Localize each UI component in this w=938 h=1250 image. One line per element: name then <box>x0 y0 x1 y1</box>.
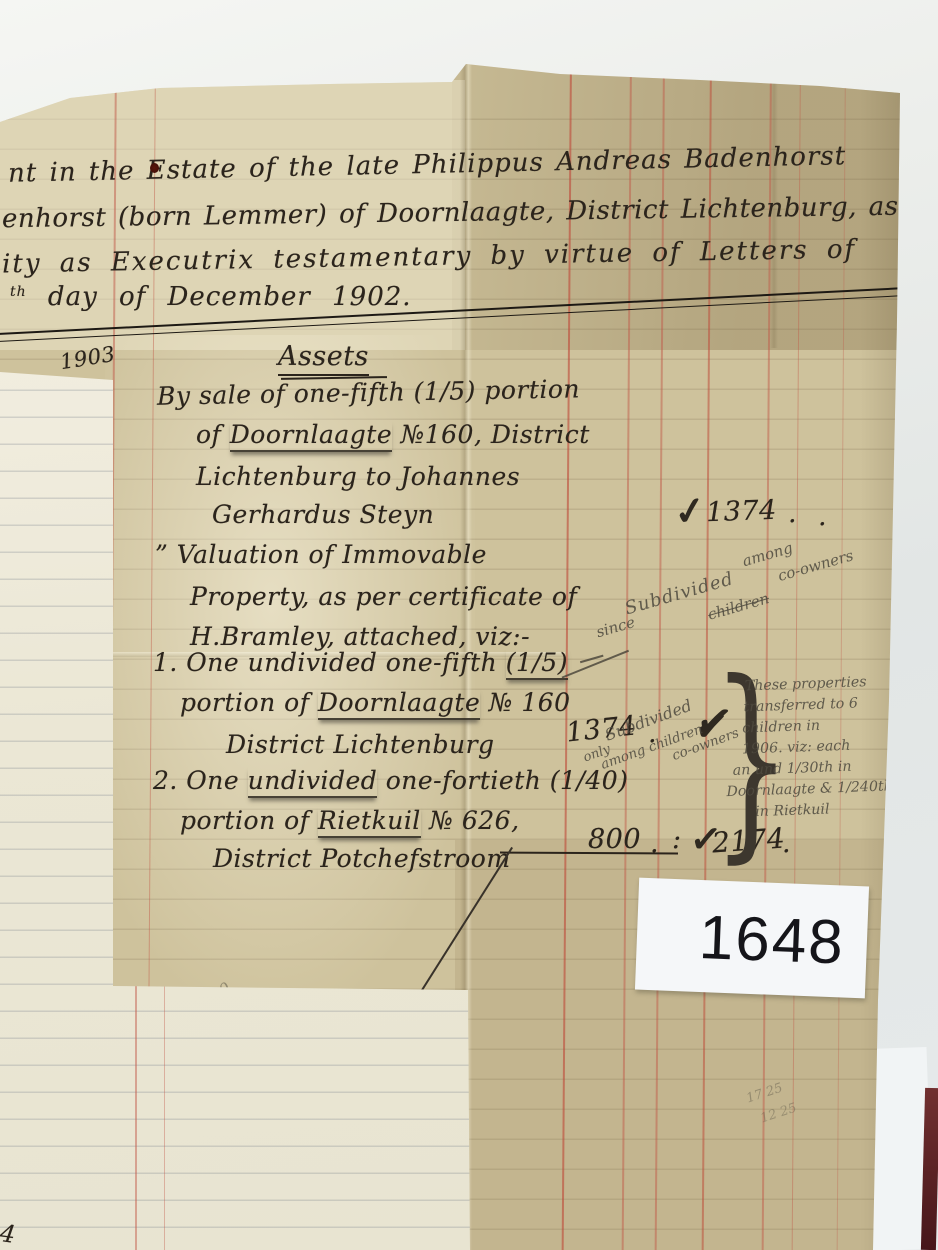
entry-item-1b: portion of Doornlaagte № 160 <box>180 688 571 717</box>
entry-valuation-1: ” Valuation of Immovable <box>155 540 487 569</box>
archive-label: 1648 <box>635 878 869 999</box>
document-photo: nt in the Estate of the late Philippus A… <box>0 0 938 1250</box>
entry-valuation-3: H.Bramley, attached, viz:- <box>190 622 530 651</box>
header-line-4: th day of December 1902. <box>10 282 412 312</box>
entry-item-2: 2. One undivided one-fortieth (1/40) <box>153 766 628 795</box>
entry-item-1c: District Lichtenburg <box>226 730 495 759</box>
check-icon: ✓ <box>671 486 709 535</box>
archive-label-number: 1648 <box>698 902 847 979</box>
margin-transfer-note: These properties transferred to 6 childr… <box>733 671 893 823</box>
entry-sale-3: Lichtenburg to Johannes <box>196 462 520 491</box>
ink-blot <box>150 163 159 173</box>
amount-colon: : <box>672 824 682 855</box>
amount-dot: . <box>818 501 827 532</box>
amount-dot: . <box>650 828 659 859</box>
assets-heading: Assets <box>278 341 369 376</box>
entry-sale-2: of Doornlaagte №160, District <box>196 420 590 449</box>
entry-item-1: 1. One undivided one-fifth (1/5) <box>153 648 568 677</box>
entry-valuation-2: Property, as per certificate of <box>190 582 577 611</box>
entry-sale-4: Gerhardus Steyn <box>212 500 434 529</box>
entry-item-2b: portion of Rietkuil № 626, <box>180 806 520 835</box>
amount-dot: . <box>788 498 797 529</box>
amount-sale-total: 1374 <box>705 495 777 528</box>
amount-item-2: 800 <box>588 824 641 855</box>
entry-item-2c: District Potchefstroom <box>213 844 511 873</box>
